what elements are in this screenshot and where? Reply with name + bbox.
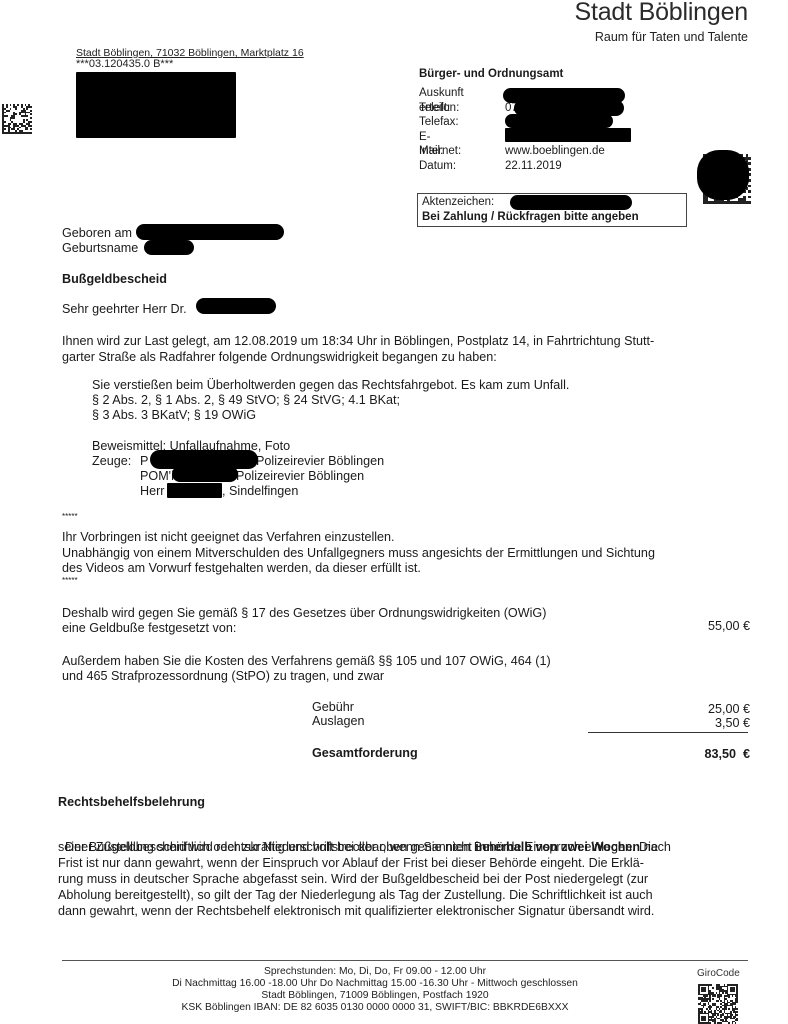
offense-description: Sie verstießen beim Überholtwerden gegen… <box>92 378 569 394</box>
legal-notice-line: Abholung bereitgestellt), so gilt der Ta… <box>58 888 653 904</box>
witness-affiliation: Polizeirevier Böblingen <box>236 469 364 485</box>
offense-legal-basis: § 2 Abs. 2, § 1 Abs. 2, § 49 StVO; § 24 … <box>92 393 400 409</box>
witness-prefix: P <box>140 454 148 470</box>
remark-line: Unabhängig von einem Mitverschulden des … <box>62 546 655 562</box>
redacted-recipient-name <box>196 298 276 314</box>
redacted-birth-name <box>144 240 194 255</box>
total-label: Gesamtforderung <box>312 746 418 762</box>
legal-notice-line: rung muss in deutscher Sprache abgefasst… <box>58 872 648 888</box>
footer-postal-address: Stadt Böblingen, 71009 Böblingen, Postfa… <box>150 990 600 1003</box>
sum-divider <box>588 732 748 733</box>
letter-subject: Bußgeldbescheid <box>62 272 167 288</box>
footer-divider <box>62 960 748 961</box>
redacted-witness-2 <box>172 466 238 482</box>
city-logo-title: Stadt Böblingen <box>574 0 748 27</box>
redacted-barcode <box>697 150 749 200</box>
reference-code: ***03.120435.0 B*** <box>76 58 173 70</box>
cost-item-amount: 25,00 € <box>708 702 750 716</box>
charge-line: Ihnen wird zur Last gelegt, am 12.08.201… <box>62 334 654 350</box>
costs-text: Außerdem haben Sie die Kosten des Verfah… <box>62 654 551 670</box>
witness-affiliation: , Sindelfingen <box>222 484 298 500</box>
fine-text: eine Geldbuße festgesetzt von: <box>62 621 236 637</box>
legal-notice-line: dann gewahrt, wenn der Rechtsbehelf elek… <box>58 904 654 920</box>
legal-notice-line: Frist ist nur dann gewahrt, wenn der Ein… <box>58 856 644 872</box>
footer-bank-details: KSK Böblingen IBAN: DE 82 6035 0130 0000… <box>150 1002 600 1015</box>
department-title: Bürger- und Ordnungsamt <box>419 68 563 80</box>
offense-legal-basis: § 3 Abs. 3 BKatV; § 19 OWiG <box>92 408 256 424</box>
costs-text: und 465 Strafprozessordnung (StPO) zu tr… <box>62 669 384 685</box>
footer-office-hours-afternoon: Di Nachmittag 16.00 -18.00 Uhr Do Nachmi… <box>150 978 600 991</box>
redacted-case-number <box>510 195 632 210</box>
birth-name-label: Geburtsname <box>62 241 138 257</box>
info-label: Telefax: <box>419 115 459 130</box>
info-label: Internet: <box>419 144 461 159</box>
remark-line: des Videos am Vorwurf festgehalten werde… <box>62 561 421 577</box>
witness-label: Zeuge: <box>92 454 131 470</box>
born-label: Geboren am <box>62 226 132 242</box>
info-label: Telefon: <box>419 101 459 116</box>
salutation: Sehr geehrter Herr Dr. <box>62 302 187 318</box>
redacted-email <box>505 128 631 142</box>
redacted-witness-3 <box>167 483 222 498</box>
legal-notice-line: seiner Zustellung schriftlich oder zur N… <box>58 840 658 856</box>
redacted-recipient-address <box>76 72 236 138</box>
fine-text: Deshalb wird gegen Sie gemäß § 17 des Ge… <box>62 606 546 622</box>
legal-notice-heading: Rechtsbehelfsbelehrung <box>58 795 205 811</box>
separator: ***** <box>62 576 78 586</box>
redacted-birth-date <box>136 224 284 240</box>
fine-amount: 55,00 € <box>708 619 750 633</box>
letter-date: 22.11.2019 <box>505 159 562 174</box>
girocode-qr-icon <box>698 984 738 1024</box>
redacted-fax <box>505 114 613 128</box>
witness-affiliation: Polizeirevier Böblingen <box>256 454 384 470</box>
girocode-label: GiroCode <box>697 968 740 979</box>
charge-line: garter Straße als Radfahrer folgende Ord… <box>62 350 497 366</box>
city-slogan: Raum für Taten und Talente <box>595 30 748 44</box>
cost-item-label: Auslagen <box>312 714 365 730</box>
remark-line: Ihr Vorbringen ist nicht geeignet das Ve… <box>62 530 395 546</box>
case-reference-label: Aktenzeichen: <box>422 196 494 208</box>
footer-office-hours: Sprechstunden: Mo, Di, Do, Fr 09.00 - 12… <box>150 966 600 979</box>
info-label: Datum: <box>419 159 456 174</box>
total-amount: 83,50 € <box>704 747 750 761</box>
website-link[interactable]: www.boeblingen.de <box>505 144 605 159</box>
witness-prefix: Herr <box>140 484 165 500</box>
datamatrix-barcode-icon <box>2 104 32 134</box>
separator: ***** <box>62 512 78 522</box>
case-reference-note: Bei Zahlung / Rückfragen bitte angeben <box>422 211 639 223</box>
cost-item-amount: 3,50 € <box>715 716 750 730</box>
